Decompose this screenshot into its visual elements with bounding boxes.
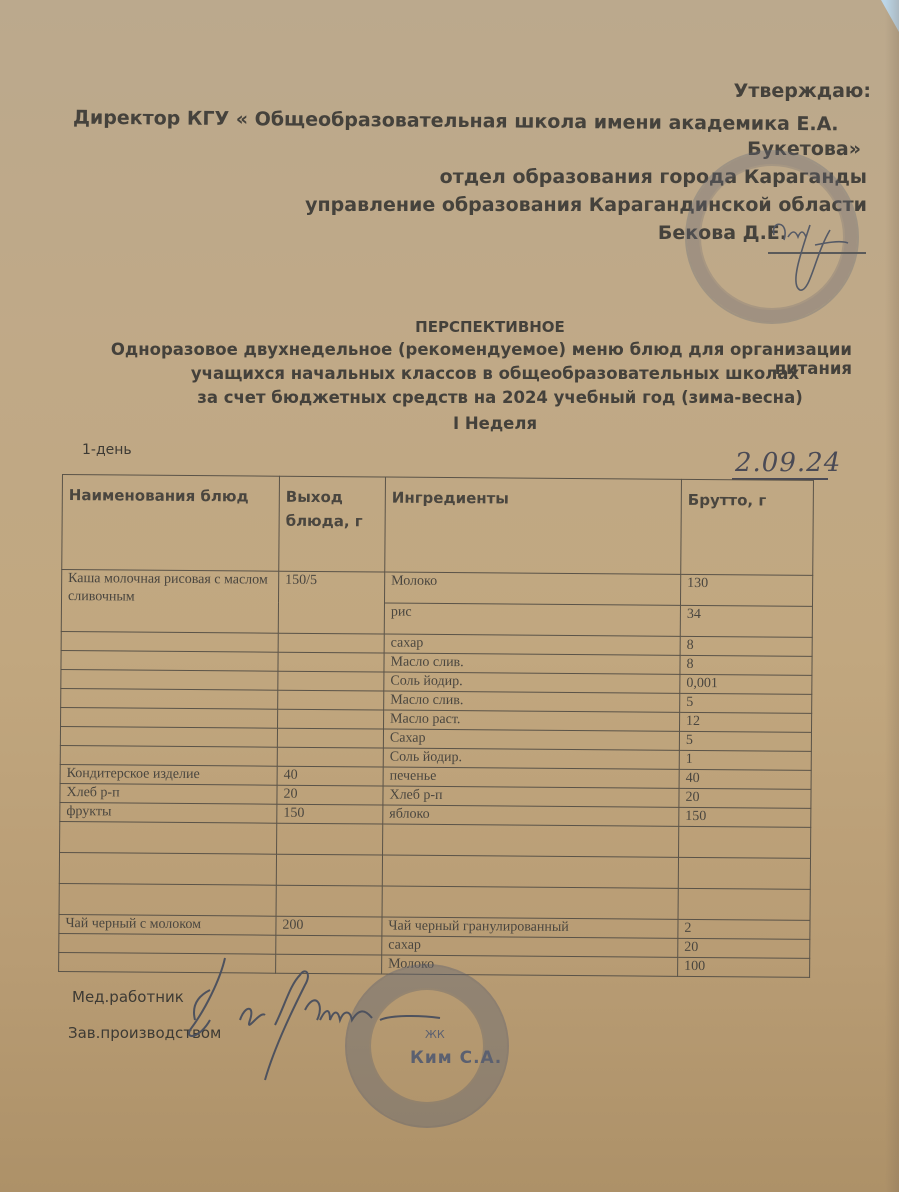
cell-gross: 5 <box>680 693 812 713</box>
cell-gross: 5 <box>679 731 811 751</box>
cell-gross: 130 <box>680 574 812 606</box>
cell-dish-name: Кондитерское изделие <box>60 764 277 785</box>
cell-yield <box>276 854 382 886</box>
cell-gross: 2 <box>678 919 810 939</box>
cell-ingredient: сахар <box>384 634 680 655</box>
medic-label: Мед.работник <box>72 988 184 1006</box>
cell-gross: 0,001 <box>680 674 812 694</box>
cell-yield: 40 <box>277 766 383 786</box>
cell-yield <box>278 671 384 691</box>
cell-dish-name: Хлеб р-п <box>60 783 277 804</box>
cell-dish-name <box>60 726 277 747</box>
cell-dish-name: Каша молочная рисовая с маслом сливочным <box>61 570 278 634</box>
cell-gross: 20 <box>679 788 811 808</box>
week-label: I Неделя <box>95 414 895 433</box>
cell-gross <box>678 857 810 889</box>
cell-ingredient: Чай черный гранулированный <box>382 917 678 938</box>
cell-ingredient: Масло слив. <box>384 653 680 674</box>
cell-gross <box>679 826 811 858</box>
staff-signature-icon <box>180 950 450 1090</box>
cell-gross: 12 <box>679 712 811 732</box>
table-header-row: Наименования блюд Выход блюда, г Ингреди… <box>62 475 814 576</box>
cell-yield <box>277 823 383 855</box>
cell-yield <box>278 690 384 710</box>
cell-ingredient: Соль йодир. <box>384 672 680 693</box>
cell-dish-name <box>61 631 278 652</box>
paper-edge-shadow <box>885 0 899 1192</box>
cell-gross: 8 <box>680 636 812 656</box>
day-label: 1-день <box>82 442 132 458</box>
cell-gross: 100 <box>678 957 810 977</box>
approval-director-line: Директор КГУ « Общеобразовательная школа… <box>73 107 839 136</box>
header-ingredients: Ингредиенты <box>385 477 682 574</box>
menu-table: Наименования блюд Выход блюда, г Ингреди… <box>58 474 814 978</box>
cell-yield: 150/5 <box>278 571 384 634</box>
cell-yield <box>277 747 383 767</box>
cell-gross: 40 <box>679 769 811 789</box>
header-gross: Брутто, г <box>681 479 814 575</box>
table-row: Каша молочная рисовая с маслом сливочным… <box>62 570 813 607</box>
cell-gross: 1 <box>679 750 811 770</box>
cell-ingredient <box>382 886 678 919</box>
cell-yield <box>278 709 384 729</box>
cell-dish-name: фрукты <box>60 802 277 823</box>
cell-gross: 8 <box>680 655 812 675</box>
cell-dish-name <box>59 883 276 916</box>
handwritten-date: 2.09.24 <box>735 448 841 478</box>
cell-gross: 20 <box>678 938 810 958</box>
document-title-line2: учащихся начальных классов в общеобразов… <box>95 364 895 383</box>
cell-yield: 200 <box>276 916 382 936</box>
cell-ingredient: Масло слив. <box>384 691 680 712</box>
header-yield: Выход блюда, г <box>279 476 386 572</box>
cell-ingredient: Молоко <box>384 572 680 605</box>
cell-dish-name <box>61 707 278 728</box>
cell-ingredient <box>382 855 678 888</box>
cell-ingredient: Масло раст. <box>384 710 680 731</box>
document-title-line3: за счет бюджетных средств на 2024 учебны… <box>100 388 899 407</box>
cell-yield <box>278 633 384 653</box>
cell-dish-name <box>61 688 278 709</box>
cell-dish-name <box>60 821 277 854</box>
cell-gross: 34 <box>680 605 812 637</box>
director-signature-icon <box>770 215 850 295</box>
cell-ingredient: Соль йодир. <box>383 748 679 769</box>
cell-ingredient: печенье <box>383 767 679 788</box>
approve-label: Утверждаю: <box>734 80 871 102</box>
document-heading: ПЕРСПЕКТИВНОЕ <box>90 318 890 336</box>
cell-yield: 20 <box>277 785 383 805</box>
cell-yield <box>278 652 384 672</box>
cell-yield <box>276 885 382 917</box>
cell-dish-name <box>61 650 278 671</box>
cell-ingredient: Хлеб р-п <box>383 786 679 807</box>
cell-dish-name <box>59 852 276 885</box>
cell-dish-name <box>60 745 277 766</box>
cell-yield <box>277 728 383 748</box>
cell-yield: 150 <box>277 804 383 824</box>
cell-gross <box>678 888 810 920</box>
cell-dish-name <box>61 669 278 690</box>
cell-ingredient <box>383 824 679 857</box>
cell-gross: 150 <box>679 807 811 827</box>
header-dish-name: Наименования блюд <box>62 475 280 572</box>
cell-dish-name: Чай черный с молоком <box>59 914 276 935</box>
cell-ingredient: яблоко <box>383 805 679 826</box>
cell-ingredient: Сахар <box>383 729 679 750</box>
cell-ingredient: рис <box>384 603 680 636</box>
